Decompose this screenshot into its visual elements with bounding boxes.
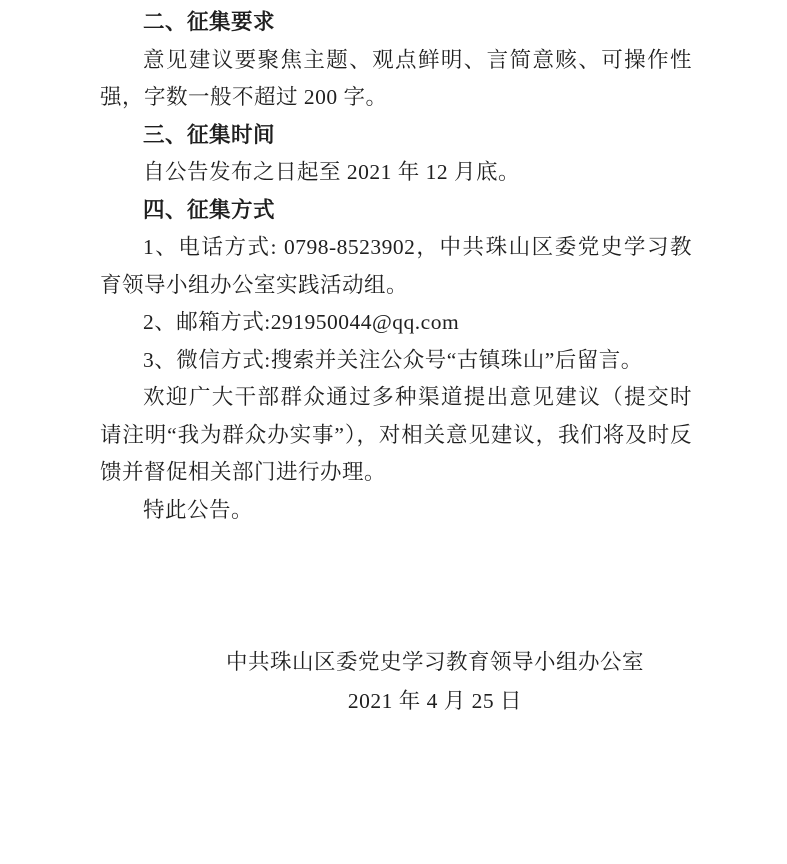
document-page: 二、征集要求 意见建议要聚焦主题、观点鲜明、言简意赅、可操作性强，字数一般不超过… [0, 0, 787, 864]
paragraph-method-wechat: 3、微信方式:搜索并关注公众号“古镇珠山”后留言。 [100, 342, 692, 380]
section-heading-timeframe: 三、征集时间 [100, 117, 692, 155]
section-heading-requirements: 二、征集要求 [100, 4, 692, 42]
paragraph-method-phone: 1、电话方式: 0798-8523902，中共珠山区委党史学习教育领导小组办公室… [100, 229, 692, 304]
paragraph-requirements: 意见建议要聚焦主题、观点鲜明、言简意赅、可操作性强，字数一般不超过 200 字。 [100, 42, 692, 117]
paragraph-method-email: 2、邮箱方式:291950044@qq.com [100, 304, 692, 342]
signature-date: 2021 年 4 月 25 日 [178, 682, 692, 721]
signature-block: 中共珠山区委党史学习教育领导小组办公室 2021 年 4 月 25 日 [100, 643, 692, 721]
paragraph-welcome-note: 欢迎广大干部群众通过多种渠道提出意见建议（提交时请注明“我为群众办实事”），对相… [100, 379, 692, 492]
signature-organization: 中共珠山区委党史学习教育领导小组办公室 [178, 643, 692, 682]
section-heading-methods: 四、征集方式 [100, 192, 692, 230]
paragraph-timeframe: 自公告发布之日起至 2021 年 12 月底。 [100, 154, 692, 192]
document-body: 二、征集要求 意见建议要聚焦主题、观点鲜明、言简意赅、可操作性强，字数一般不超过… [100, 4, 692, 721]
paragraph-closing: 特此公告。 [100, 492, 692, 530]
